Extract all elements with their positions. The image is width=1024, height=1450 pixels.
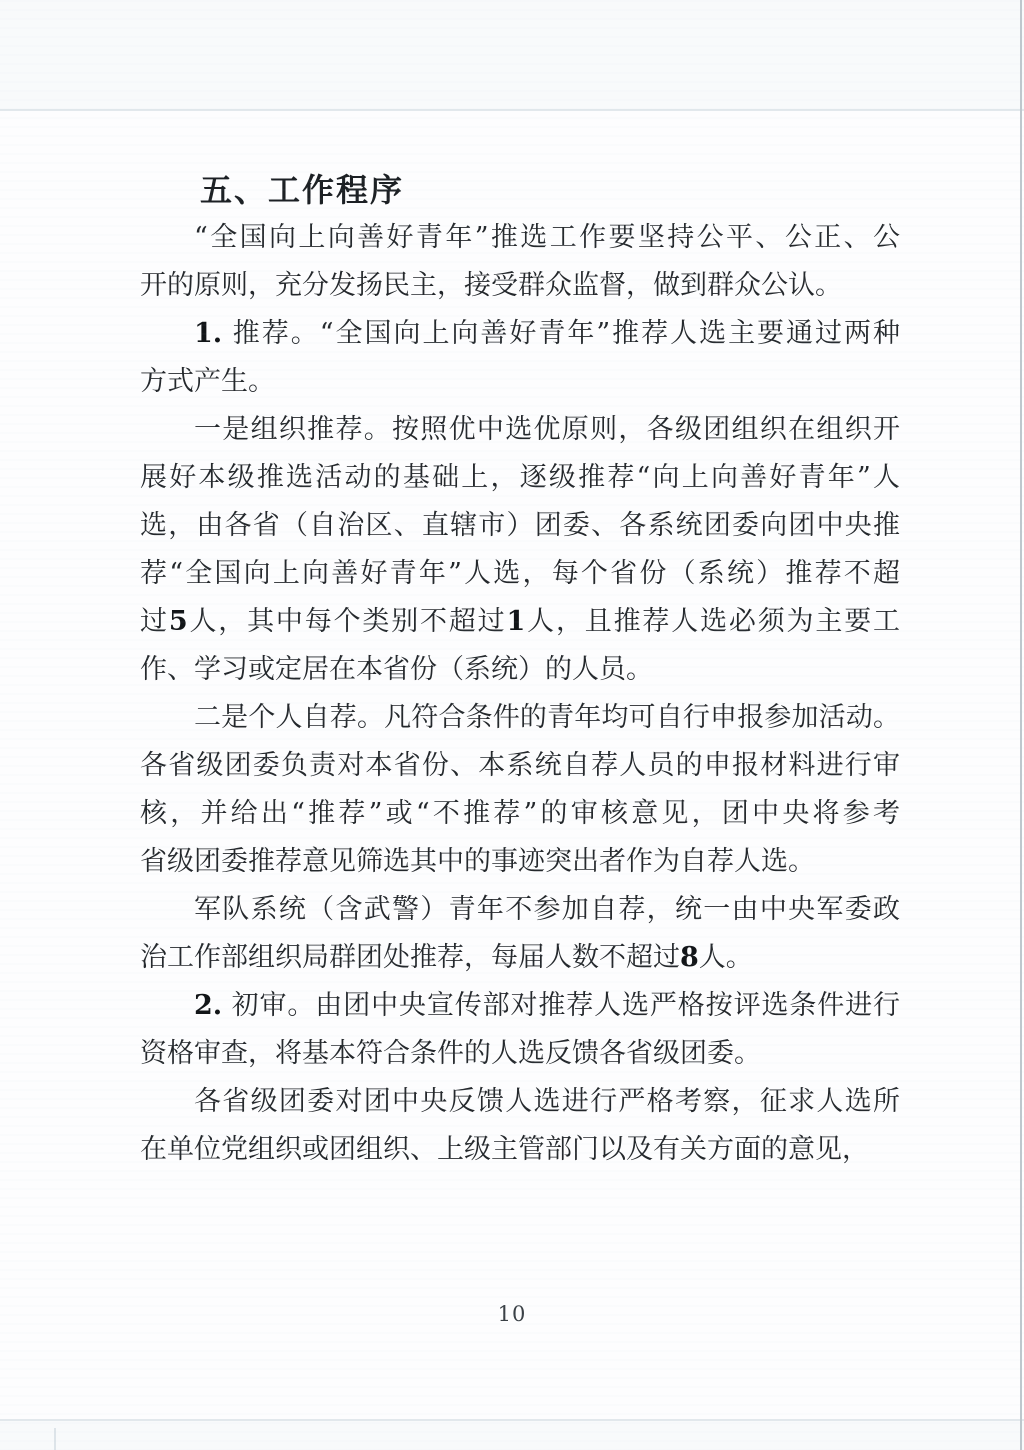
scan-margin-top xyxy=(0,0,1024,109)
text-segment: 初审。由团中央宣传部对推荐人选严格按评选条件进行 xyxy=(222,990,900,1021)
text-line-p7-l2: 在单位党组织或团组织、上级主管部门以及有关方面的意见， xyxy=(140,1126,900,1174)
text-segment: 各省级团委对团中央反馈人选进行严格考察，征求人选所 xyxy=(194,1086,900,1117)
text-segment: 过 xyxy=(140,606,169,637)
text-segment: 在单位党组织或团组织、上级主管部门以及有关方面的意见， xyxy=(140,1134,869,1165)
text-segment: 一是组织推荐。按照优中选优原则，各级团组织在组织开 xyxy=(194,414,900,445)
text-line-p3-l4: 荐“全国向上向善好青年”人选，每个省份（系统）推荐不超 xyxy=(140,550,900,598)
text-line-p3-l2: 展好本级推选活动的基础上，逐级推荐“向上向善好青年”人 xyxy=(140,454,900,502)
text-line-p7-l1: 各省级团委对团中央反馈人选进行严格考察，征求人选所 xyxy=(140,1078,900,1126)
text-line-p3-l6: 作、学习或定居在本省份（系统）的人员。 xyxy=(140,646,900,694)
text-line-p3-l3: 选，由各省（自治区、直辖市）团委、各系统团委向团中央推 xyxy=(140,502,900,550)
text-line-p3-l5: 过5人，其中每个类别不超过1人，且推荐人选必须为主要工 xyxy=(140,598,900,646)
bold-numeral: 8 xyxy=(680,942,699,973)
text-line-p4-l3: 核，并给出“推荐”或“不推荐”的审核意见，团中央将参考 xyxy=(140,790,900,838)
page-edge-bottom xyxy=(0,1419,1024,1421)
text-line-p4-l2: 各省级团委负责对本省份、本系统自荐人员的申报材料进行审 xyxy=(140,742,900,790)
text-segment: 核，并给出“推荐”或“不推荐”的审核意见，团中央将参考 xyxy=(140,798,900,829)
section-heading: 五、工作程序 xyxy=(140,166,900,214)
bold-numeral: 1. xyxy=(194,318,222,349)
text-line-p2-l1: 1. 推荐。“全国向上向善好青年”推荐人选主要通过两种 xyxy=(140,310,900,358)
text-segment: 选，由各省（自治区、直辖市）团委、各系统团委向团中央推 xyxy=(140,510,900,541)
text-line-p6-l1: 2. 初审。由团中央宣传部对推荐人选严格按评选条件进行 xyxy=(140,982,900,1030)
scan-margin-bottom xyxy=(0,1421,1024,1450)
text-segment: 治工作部组织局群团处推荐，每届人数不超过 xyxy=(140,942,680,973)
text-segment: 开的原则，充分发扬民主，接受群众监督，做到群众公认。 xyxy=(140,270,842,301)
text-line-p4-l4: 省级团委推荐意见筛选其中的事迹突出者作为自荐人选。 xyxy=(140,838,900,886)
text-segment: 人。 xyxy=(699,942,753,973)
page-edge-top xyxy=(0,109,1024,111)
document-body: 五、工作程序 “全国向上向善好青年”推选工作要坚持公平、公正、公开的原则，充分发… xyxy=(140,166,900,1174)
bold-numeral: 1 xyxy=(507,606,526,637)
text-segment: 资格审查，将基本符合条件的人选反馈各省级团委。 xyxy=(140,1038,761,1069)
page-edge-right xyxy=(1020,0,1022,1450)
page-number: 10 xyxy=(0,1302,1024,1326)
text-line-p6-l2: 资格审查，将基本符合条件的人选反馈各省级团委。 xyxy=(140,1030,900,1078)
text-segment: 方式产生。 xyxy=(140,366,275,397)
bold-numeral: 2. xyxy=(194,990,222,1021)
text-line-p5-l2: 治工作部组织局群团处推荐，每届人数不超过8人。 xyxy=(140,934,900,982)
text-segment: 推荐。“全国向上向善好青年”推荐人选主要通过两种 xyxy=(222,318,900,349)
text-segment: 荐“全国向上向善好青年”人选，每个省份（系统）推荐不超 xyxy=(140,558,900,589)
text-segment: 军队系统（含武警）青年不参加自荐，统一由中央军委政 xyxy=(194,894,900,925)
text-segment: “全国向上向善好青年”推选工作要坚持公平、公正、公 xyxy=(194,222,900,253)
text-line-p1-l2: 开的原则，充分发扬民主，接受群众监督，做到群众公认。 xyxy=(140,262,900,310)
text-segment: 各省级团委负责对本省份、本系统自荐人员的申报材料进行审 xyxy=(140,750,900,781)
text-line-p5-l1: 军队系统（含武警）青年不参加自荐，统一由中央军委政 xyxy=(140,886,900,934)
text-line-p3-l1: 一是组织推荐。按照优中选优原则，各级团组织在组织开 xyxy=(140,406,900,454)
text-segment: 作、学习或定居在本省份（系统）的人员。 xyxy=(140,654,653,685)
bold-numeral: 5 xyxy=(169,606,188,637)
text-segment: 人，且推荐人选必须为主要工 xyxy=(525,606,900,637)
text-segment: 人，其中每个类别不超过 xyxy=(188,606,507,637)
text-line-p4-l1: 二是个人自荐。凡符合条件的青年均可自行申报参加活动。 xyxy=(140,694,900,742)
text-line-p1-l1: “全国向上向善好青年”推选工作要坚持公平、公正、公 xyxy=(140,214,900,262)
text-line-p2-l2: 方式产生。 xyxy=(140,358,900,406)
text-segment: 展好本级推选活动的基础上，逐级推荐“向上向善好青年”人 xyxy=(140,462,900,493)
text-segment: 二是个人自荐。凡符合条件的青年均可自行申报参加活动。 xyxy=(194,702,900,733)
scanned-document-page: 五、工作程序 “全国向上向善好青年”推选工作要坚持公平、公正、公开的原则，充分发… xyxy=(0,0,1024,1450)
text-segment: 省级团委推荐意见筛选其中的事迹突出者作为自荐人选。 xyxy=(140,846,815,877)
scan-artifact-tick xyxy=(54,1428,56,1450)
